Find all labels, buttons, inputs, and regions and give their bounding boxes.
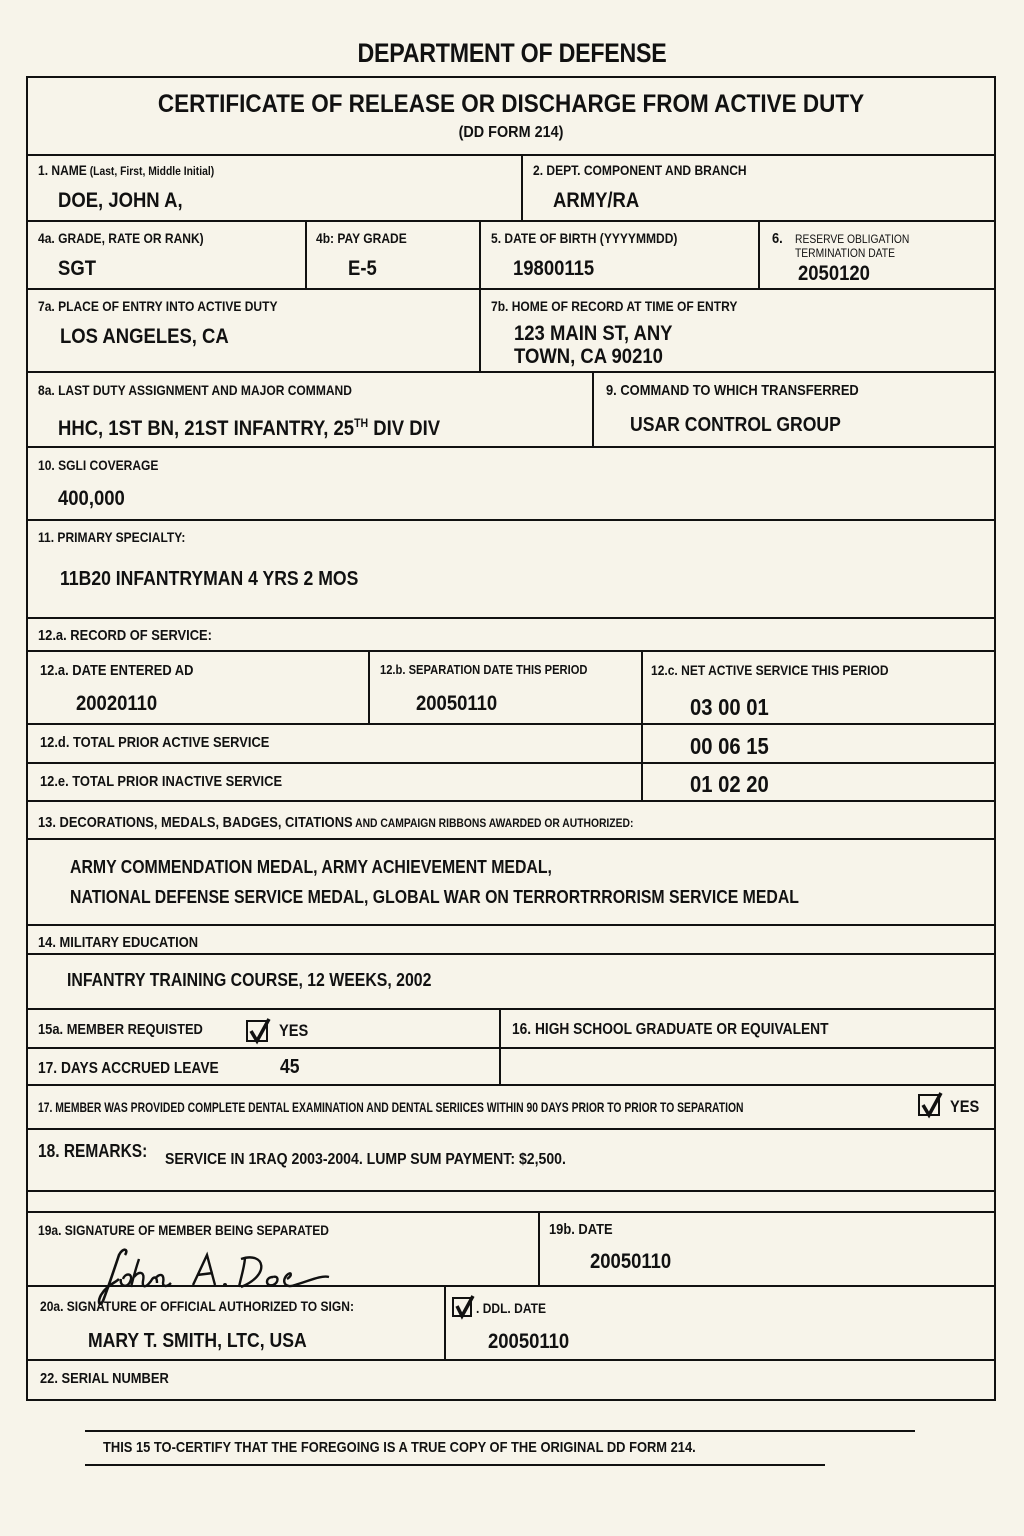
divider <box>26 1211 996 1213</box>
prior-active-value[interactable]: 00 06 15 <box>690 733 769 760</box>
footer-rule-top <box>85 1430 915 1432</box>
divider <box>499 1008 501 1084</box>
transferred-label: 9. COMMAND TO WHICH TRANSFERRED <box>606 382 859 399</box>
separation-date-value[interactable]: 20050110 <box>416 692 497 716</box>
date-entered-label: 12.a. DATE ENTERED AD <box>40 662 193 679</box>
reserve-label: RESERVE OBLIGATIONTERMINATION DATE <box>795 232 909 260</box>
net-active-value[interactable]: 03 00 01 <box>690 694 769 721</box>
remarks-value[interactable]: SERVICE IN 1RAQ 2003-2004. LUMP SUM PAYM… <box>165 1151 566 1169</box>
divider <box>26 519 996 521</box>
prior-inactive-value[interactable]: 01 02 20 <box>690 771 769 798</box>
branch-value[interactable]: ARMY/RA <box>553 189 639 213</box>
specialty-label: 11. PRIMARY SPECIALTY: <box>38 529 185 545</box>
pay-grade-label: 4b: PAY GRADE <box>316 230 407 246</box>
name-label: 1. NAME (Last, First, Middle Initial) <box>38 162 214 178</box>
serial-number-label: 22. SERIAL NUMBER <box>40 1370 169 1387</box>
divider <box>26 220 996 222</box>
pay-grade-value[interactable]: E-5 <box>348 257 377 281</box>
dob-label: 5. DATE OF BIRTH (YYYYMMDD) <box>491 230 677 246</box>
home-record-label: 7b. HOME OF RECORD AT TIME OF ENTRY <box>491 298 737 314</box>
divider <box>26 1128 996 1130</box>
divider <box>26 838 996 840</box>
name-value[interactable]: DOE, JOHN A, <box>58 189 183 213</box>
divider <box>26 288 996 290</box>
checkmark-icon <box>453 1292 477 1320</box>
decorations-value[interactable]: ARMY COMMENDATION MEDAL, ARMY ACHIEVEMEN… <box>70 852 799 912</box>
checkmark-icon <box>919 1089 945 1119</box>
transferred-value[interactable]: USAR CONTROL GROUP <box>630 414 841 437</box>
divider <box>368 650 370 723</box>
divider <box>26 1084 996 1086</box>
divider <box>758 220 760 288</box>
form-subtitle: (DD FORM 214) <box>75 124 948 142</box>
high-school-label: 16. HIGH SCHOOL GRADUATE OR EQUIVALENT <box>512 1021 829 1039</box>
certification-statement: THIS 15 TO-CERTIFY THAT THE FOREGOING IS… <box>103 1439 696 1456</box>
education-value[interactable]: INFANTRY TRAINING COURSE, 12 WEEKS, 2002 <box>67 970 431 991</box>
home-record-value[interactable]: 123 MAIN ST, ANYTOWN, CA 90210 <box>514 322 672 368</box>
divider <box>479 220 481 371</box>
prior-active-label: 12.d. TOTAL PRIOR ACTIVE SERVICE <box>40 734 269 751</box>
divider <box>26 154 996 156</box>
reserve-label-num: 6. <box>772 230 783 247</box>
divider <box>26 617 996 619</box>
divider <box>26 762 996 764</box>
divider <box>444 1285 446 1359</box>
divider <box>26 446 996 448</box>
divider <box>521 154 523 220</box>
dental-checkbox[interactable] <box>918 1094 940 1116</box>
member-requested-option: YES <box>279 1021 308 1041</box>
divider <box>26 1359 996 1361</box>
reserve-value[interactable]: 2050120 <box>798 262 870 286</box>
place-entry-label: 7a. PLACE OF ENTRY INTO ACTIVE DUTY <box>38 298 277 314</box>
member-date-label: 19b. DATE <box>549 1221 613 1238</box>
form-title: CERTIFICATE OF RELEASE OR DISCHARGE FROM… <box>75 90 948 119</box>
official-signature-value[interactable]: MARY T. SMITH, LTC, USA <box>88 1330 307 1353</box>
sgli-value[interactable]: 400,000 <box>58 487 125 511</box>
divider <box>641 650 643 800</box>
department-title: DEPARTMENT OF DEFENSE <box>72 38 953 69</box>
grade-value[interactable]: SGT <box>58 257 96 281</box>
leave-label: 17. DAYS ACCRUED LEAVE <box>38 1060 219 1078</box>
education-label: 14. MILITARY EDUCATION <box>38 934 198 951</box>
member-date-value[interactable]: 20050110 <box>590 1250 671 1274</box>
branch-label: 2. DEPT. COMPONENT AND BRANCH <box>533 162 747 178</box>
net-active-label: 12.c. NET ACTIVE SERVICE THIS PERIOD <box>651 662 889 678</box>
specialty-value[interactable]: 11B20 INFANTRYMAN 4 YRS 2 MOS <box>60 568 358 591</box>
last-duty-label: 8a. LAST DUTY ASSIGNMENT AND MAJOR COMMA… <box>38 382 352 398</box>
divider <box>592 371 594 446</box>
divider <box>26 924 996 926</box>
divider <box>26 1008 996 1010</box>
divider <box>26 371 996 373</box>
divider <box>305 220 307 288</box>
sgli-label: 10. SGLI COVERAGE <box>38 457 158 473</box>
dob-value[interactable]: 19800115 <box>513 257 594 281</box>
divider <box>26 800 996 802</box>
grade-label: 4a. GRADE, RATE OR RANK) <box>38 230 204 246</box>
official-signature-label: 20a. SIGNATURE OF OFFICIAL AUTHORIZED TO… <box>40 1298 354 1314</box>
member-requested-label: 15a. MEMBER REQUISTED <box>38 1021 203 1038</box>
divider <box>26 723 996 725</box>
place-entry-value[interactable]: LOS ANGELES, CA <box>60 325 229 349</box>
divider <box>538 1211 540 1285</box>
checkmark-icon <box>247 1015 273 1045</box>
divider <box>26 1047 996 1049</box>
last-duty-value[interactable]: HHC, 1ST BN, 21ST INFANTRY, 25TH DIV DIV <box>58 416 440 441</box>
member-signature-label: 19a. SIGNATURE OF MEMBER BEING SEPARATED <box>38 1222 329 1238</box>
footer-rule-bottom <box>85 1464 825 1466</box>
record-service-label: 12.a. RECORD OF SERVICE: <box>38 627 212 644</box>
divider <box>26 953 996 955</box>
separation-date-label: 12.b. SEPARATION DATE THIS PERIOD <box>380 662 587 677</box>
dental-option: YES <box>950 1097 979 1117</box>
official-date-value[interactable]: 20050110 <box>488 1330 569 1354</box>
member-requested-checkbox[interactable] <box>246 1020 268 1042</box>
decorations-label: 13. DECORATIONS, MEDALS, BADGES, CITATIO… <box>38 814 633 831</box>
prior-inactive-label: 12.e. TOTAL PRIOR INACTIVE SERVICE <box>40 773 282 790</box>
dental-label: 17. MEMBER WAS PROVIDED COMPLETE DENTAL … <box>38 1099 744 1115</box>
official-date-label: . DDL. DATE <box>476 1300 546 1316</box>
divider <box>26 650 996 652</box>
remarks-label: 18. REMARKS: <box>38 1141 147 1162</box>
leave-value[interactable]: 45 <box>280 1056 300 1079</box>
official-date-checkbox[interactable] <box>452 1297 472 1317</box>
date-entered-value[interactable]: 20020110 <box>76 692 157 716</box>
divider <box>26 1190 996 1192</box>
